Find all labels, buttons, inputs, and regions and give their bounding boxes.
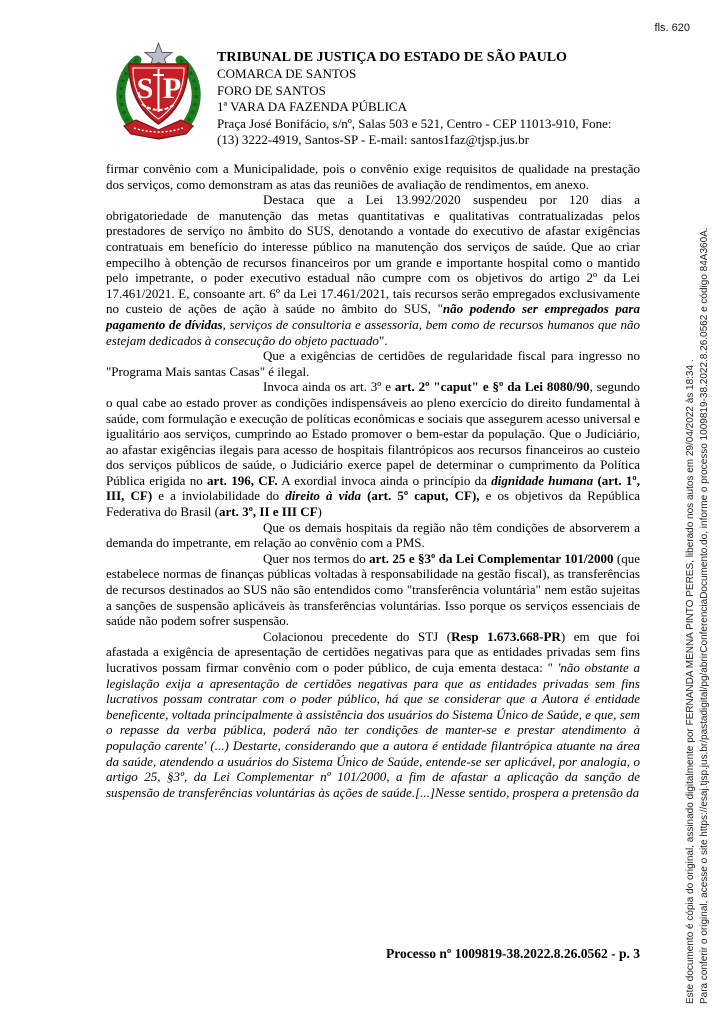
text-run: e a inviolabilidade do: [152, 488, 285, 503]
text-run: 'não obstante a legislação exija a apres…: [106, 660, 640, 800]
text-run: Quer nos termos do: [263, 551, 369, 566]
svg-text:P: P: [163, 72, 181, 105]
text-run: Colacionou precedente do STJ (: [263, 629, 451, 644]
foro: FORO DE SANTOS: [217, 83, 611, 99]
court-name: TRIBUNAL DE JUSTIÇA DO ESTADO DE SÃO PAU…: [217, 50, 611, 66]
document-page: fls. 620 S P TRIBUNAL DE JUSTI: [0, 0, 712, 1009]
address-line-1: Praça José Bonifácio, s/nº, Salas 503 e …: [217, 116, 611, 132]
vara: 1ª VARA DA FAZENDA PÚBLICA: [217, 99, 611, 115]
paragraph: firmar convênio com a Municipalidade, po…: [106, 161, 640, 192]
text-run: Que os demais hospitais da região não tê…: [106, 520, 640, 551]
text-run: (art. 5º caput, CF),: [367, 488, 479, 503]
text-run: Invoca ainda os art. 3º e: [263, 379, 395, 394]
process-footer: Processo nº 1009819-38.2022.8.26.0562 - …: [106, 946, 640, 962]
document-body: firmar convênio com a Municipalidade, po…: [106, 161, 640, 800]
verification-note: Para conferir o original, acesse o site …: [699, 227, 710, 1004]
text-run: direito à vida: [285, 488, 361, 503]
comarca: COMARCA DE SANTOS: [217, 66, 611, 82]
paragraph: Invoca ainda os art. 3º e art. 2º "caput…: [106, 379, 640, 519]
text-run: ): [318, 504, 322, 519]
digital-signature-note: Este documento é cópia do original, assi…: [685, 359, 696, 1004]
text-run: dignidade humana: [491, 473, 593, 488]
text-run: art. 3º, II e III CF: [219, 504, 318, 519]
text-run: art. 196, CF.: [207, 473, 278, 488]
text-run: Que a exigências de certidões de regular…: [106, 348, 640, 379]
folio-number: fls. 620: [655, 22, 690, 34]
header-text-block: TRIBUNAL DE JUSTIÇA DO ESTADO DE SÃO PAU…: [217, 42, 611, 148]
paragraph: Destaca que a Lei 13.992/2020 suspendeu …: [106, 192, 640, 348]
sao-paulo-coat-of-arms-icon: S P: [112, 42, 205, 148]
paragraph: Que os demais hospitais da região não tê…: [106, 520, 640, 551]
text-run: Destaca que a Lei 13.992/2020 suspendeu …: [106, 192, 640, 316]
text-run: , segundo o qual cabe ao estado prover a…: [106, 379, 640, 488]
paragraph: Colacionou precedente do STJ (Resp 1.673…: [106, 629, 640, 801]
text-run: ".: [379, 333, 388, 348]
document-header: S P TRIBUNAL DE JUSTIÇA DO ESTADO DE SÃO…: [112, 42, 611, 148]
paragraph: Quer nos termos do art. 25 e §3º da Lei …: [106, 551, 640, 629]
address-line-2: (13) 3222-4919, Santos-SP - E-mail: sant…: [217, 132, 611, 148]
paragraph: Que a exigências de certidões de regular…: [106, 348, 640, 379]
text-run: A exordial invoca ainda o princípio da: [278, 473, 492, 488]
text-run: art. 25 e §3º da Lei Complementar 101/20…: [369, 551, 613, 566]
text-run: firmar convênio com a Municipalidade, po…: [106, 161, 640, 192]
svg-text:S: S: [137, 72, 154, 105]
text-run: Resp 1.673.668-PR: [451, 629, 561, 644]
text-run: art. 2º "caput" e §º da Lei 8080/90: [395, 379, 590, 394]
